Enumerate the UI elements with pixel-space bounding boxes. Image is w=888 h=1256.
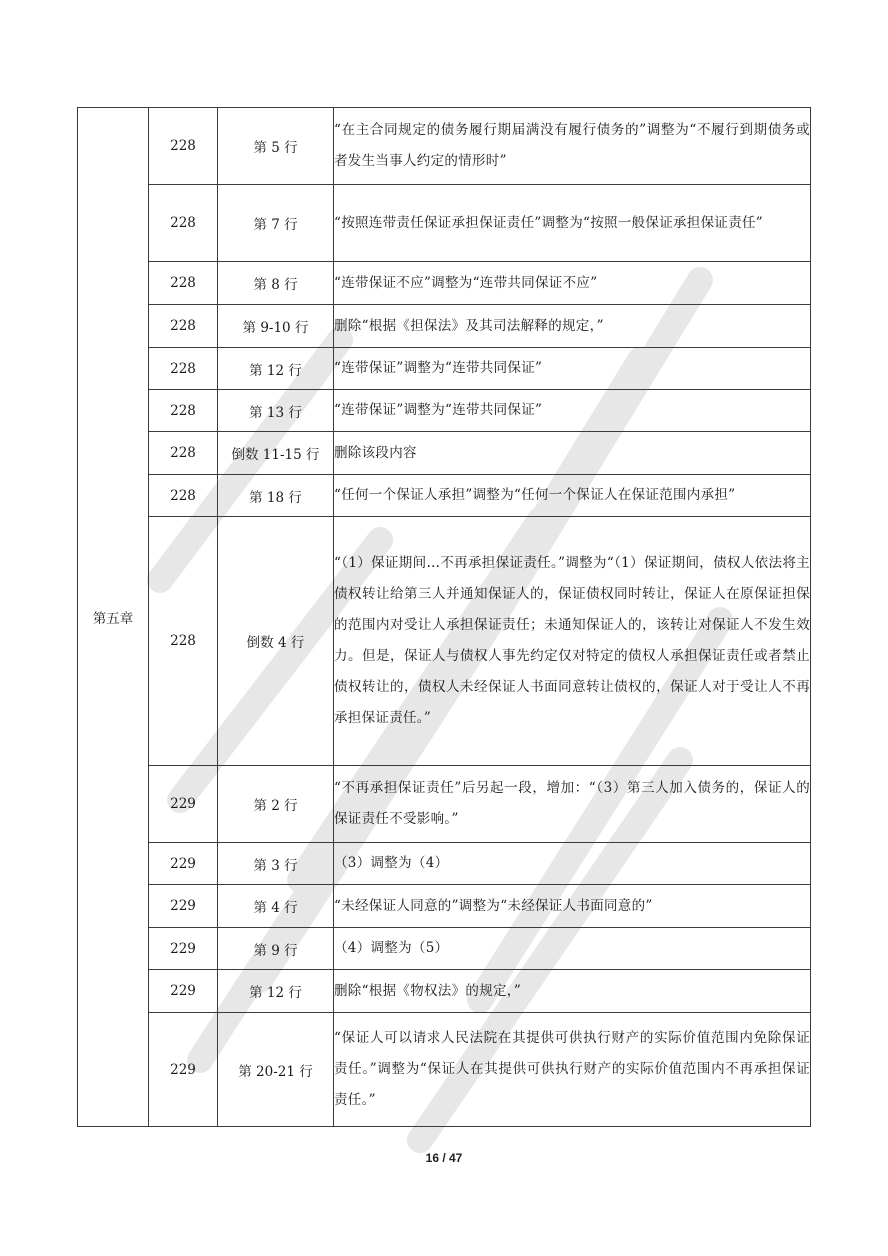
page-cell: 228: [149, 432, 218, 475]
line-cell: 第 8 行: [218, 262, 334, 305]
table-row: 228 第 7 行 “按照连带责任保证承担保证责任”调整为“按照一般保证承担保证…: [78, 185, 811, 262]
line-cell: 第 12 行: [218, 970, 334, 1013]
table-row: 228 第 8 行 “连带保证不应”调整为“连带共同保证不应”: [78, 262, 811, 305]
table-row: 228 第 9-10 行 删除“根据《担保法》及其司法解释的规定，”: [78, 305, 811, 348]
page-cell: 229: [149, 928, 218, 970]
line-cell: 第 3 行: [218, 843, 334, 885]
table-row: 228 倒数 4 行 “（1）保证期间…不再承担保证责任。”调整为“（1）保证期…: [78, 517, 811, 766]
change-cell: “不再承担保证责任”后另起一段，增加：“（3）第三人加入债务的，保证人的保证责任…: [334, 766, 811, 843]
change-cell: （3）调整为（4）: [334, 843, 811, 885]
line-cell: 第 9-10 行: [218, 305, 334, 348]
table-row: 第五章 228 第 5 行 “在主合同规定的债务履行期届满没有履行债务的”调整为…: [78, 108, 811, 185]
line-cell: 第 13 行: [218, 390, 334, 432]
line-cell: 倒数 4 行: [218, 517, 334, 766]
page-cell: 228: [149, 108, 218, 185]
change-cell: “在主合同规定的债务履行期届满没有履行债务的”调整为“不履行到期债务或者发生当事…: [334, 108, 811, 185]
table-row: 229 第 2 行 “不再承担保证责任”后另起一段，增加：“（3）第三人加入债务…: [78, 766, 811, 843]
table-row: 228 第 18 行 “任何一个保证人承担”调整为“任何一个保证人在保证范围内承…: [78, 475, 811, 517]
change-cell: （4）调整为（5）: [334, 928, 811, 970]
chapter-cell: 第五章: [78, 108, 149, 1127]
change-cell: “（1）保证期间…不再承担保证责任。”调整为“（1）保证期间，债权人依法将主债权…: [334, 517, 811, 766]
table-row: 229 第 4 行 “未经保证人同意的”调整为“未经保证人书面同意的”: [78, 885, 811, 928]
page-cell: 229: [149, 885, 218, 928]
line-cell: 第 18 行: [218, 475, 334, 517]
change-cell: “连带保证不应”调整为“连带共同保证不应”: [334, 262, 811, 305]
line-cell: 第 4 行: [218, 885, 334, 928]
page-cell: 229: [149, 970, 218, 1013]
table-row: 228 倒数 11-15 行 删除该段内容: [78, 432, 811, 475]
page-cell: 228: [149, 475, 218, 517]
page-cell: 229: [149, 843, 218, 885]
change-cell: “保证人可以请求人民法院在其提供可供执行财产的实际价值范围内免除保证责任。”调整…: [334, 1013, 811, 1127]
line-cell: 倒数 11-15 行: [218, 432, 334, 475]
line-cell: 第 5 行: [218, 108, 334, 185]
page-cell: 229: [149, 766, 218, 843]
errata-table: 第五章 228 第 5 行 “在主合同规定的债务履行期届满没有履行债务的”调整为…: [77, 107, 811, 1127]
line-cell: 第 7 行: [218, 185, 334, 262]
page-cell: 228: [149, 517, 218, 766]
change-cell: 删除“根据《担保法》及其司法解释的规定，”: [334, 305, 811, 348]
change-cell: 删除该段内容: [334, 432, 811, 475]
page-number: 16 / 47: [0, 1151, 888, 1165]
table-row: 228 第 12 行 “连带保证”调整为“连带共同保证”: [78, 348, 811, 390]
page-cell: 228: [149, 305, 218, 348]
change-cell: “按照连带责任保证承担保证责任”调整为“按照一般保证承担保证责任”: [334, 185, 811, 262]
line-cell: 第 2 行: [218, 766, 334, 843]
change-cell: “未经保证人同意的”调整为“未经保证人书面同意的”: [334, 885, 811, 928]
change-cell: “连带保证”调整为“连带共同保证”: [334, 348, 811, 390]
errata-table-body: 第五章 228 第 5 行 “在主合同规定的债务履行期届满没有履行债务的”调整为…: [78, 108, 811, 1127]
table-row: 228 第 13 行 “连带保证”调整为“连带共同保证”: [78, 390, 811, 432]
page-cell: 229: [149, 1013, 218, 1127]
change-cell: 删除“根据《物权法》的规定，”: [334, 970, 811, 1013]
page-cell: 228: [149, 262, 218, 305]
table-row: 229 第 20-21 行 “保证人可以请求人民法院在其提供可供执行财产的实际价…: [78, 1013, 811, 1127]
page-cell: 228: [149, 348, 218, 390]
line-cell: 第 20-21 行: [218, 1013, 334, 1127]
table-row: 229 第 9 行 （4）调整为（5）: [78, 928, 811, 970]
page-cell: 228: [149, 185, 218, 262]
change-cell: “任何一个保证人承担”调整为“任何一个保证人在保证范围内承担”: [334, 475, 811, 517]
table-row: 229 第 3 行 （3）调整为（4）: [78, 843, 811, 885]
table-row: 229 第 12 行 删除“根据《物权法》的规定，”: [78, 970, 811, 1013]
change-cell: “连带保证”调整为“连带共同保证”: [334, 390, 811, 432]
page-cell: 228: [149, 390, 218, 432]
line-cell: 第 12 行: [218, 348, 334, 390]
line-cell: 第 9 行: [218, 928, 334, 970]
